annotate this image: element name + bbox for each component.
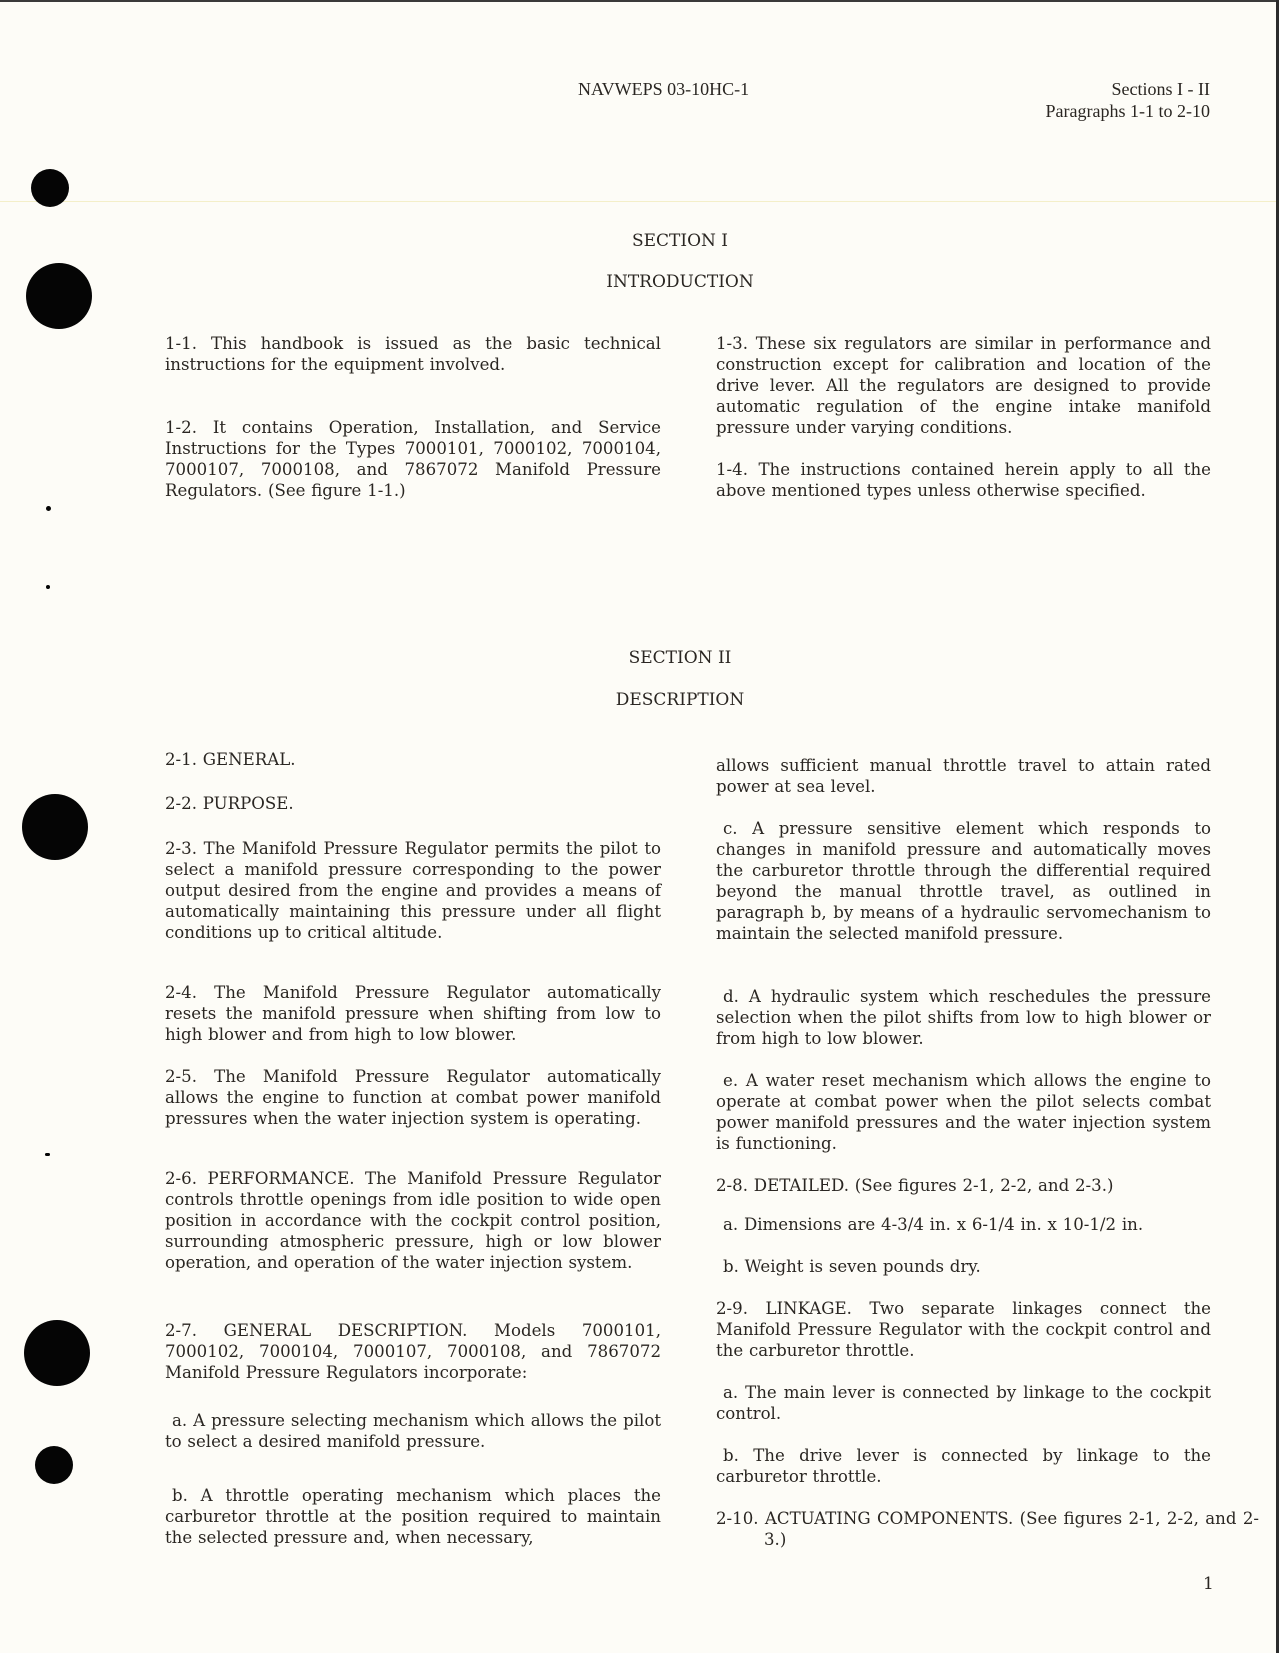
paragraph-2-7-c: c. A pressure sensitive element which re…: [716, 818, 1211, 944]
paragraph-2-2: 2-2. PURPOSE.: [165, 793, 661, 814]
paragraph-2-1: 2-1. GENERAL.: [165, 749, 661, 770]
paragraph-2-7-e: e. A water reset mechanism which allows …: [716, 1070, 1211, 1154]
fold-line: [0, 201, 1276, 202]
paragraph-2-4: 2-4. The Manifold Pressure Regulator aut…: [165, 982, 661, 1045]
punch-hole: [31, 169, 69, 207]
punch-mark: [45, 1153, 50, 1156]
punch-hole: [22, 794, 88, 860]
punch-hole: [26, 263, 92, 329]
paragraph-2-9-a: a. The main lever is connected by linkag…: [716, 1382, 1211, 1424]
punch-mark: [46, 506, 51, 511]
paragraph-2-8-b: b. Weight is seven pounds dry.: [716, 1256, 1211, 1277]
sections-range: Sections I - II: [1112, 79, 1210, 100]
section-title: SECTION II: [580, 648, 780, 669]
punch-hole: [35, 1446, 73, 1484]
paragraph-2-6: 2-6. PERFORMANCE. The Manifold Pressure …: [165, 1168, 661, 1273]
paragraph-2-8-a: a. Dimensions are 4-3/4 in. x 6-1/4 in. …: [716, 1214, 1211, 1235]
punch-mark: [46, 585, 50, 589]
paragraph-2-9-b: b. The drive lever is connected by linka…: [716, 1445, 1211, 1487]
section-subtitle: DESCRIPTION: [580, 690, 780, 711]
punch-hole: [24, 1320, 90, 1386]
scan-edge-top: [0, 0, 1279, 2]
section-subtitle: INTRODUCTION: [580, 272, 780, 293]
paragraph-2-7-b-continued: allows sufficient manual throttle travel…: [716, 755, 1211, 797]
page-number: 1: [1203, 1574, 1214, 1595]
paragraph-1-3: 1-3. These six regulators are similar in…: [716, 333, 1211, 438]
document-id: NAVWEPS 03-10HC-1: [578, 79, 749, 100]
paragraphs-range: Paragraphs 1-1 to 2-10: [1046, 101, 1210, 122]
paragraph-2-10: 2-10. ACTUATING COMPONENTS. (See figures…: [716, 1508, 1259, 1550]
section-title: SECTION I: [580, 231, 780, 252]
paragraph-1-1: 1-1. This handbook is issued as the basi…: [165, 333, 661, 375]
paragraph-2-8: 2-8. DETAILED. (See figures 2-1, 2-2, an…: [716, 1175, 1211, 1196]
paragraph-2-7-b: b. A throttle operating mechanism which …: [165, 1485, 661, 1548]
paragraph-2-7-d: d. A hydraulic system which reschedules …: [716, 986, 1211, 1049]
paragraph-2-9: 2-9. LINKAGE. Two separate linkages conn…: [716, 1298, 1211, 1361]
paragraph-1-4: 1-4. The instructions contained herein a…: [716, 459, 1211, 501]
paragraph-2-7-a: a. A pressure selecting mechanism which …: [165, 1410, 661, 1452]
paragraph-1-2: 1-2. It contains Operation, Installation…: [165, 417, 661, 501]
paragraph-2-7: 2-7. GENERAL DESCRIPTION. Models 7000101…: [165, 1320, 661, 1383]
paragraph-2-3: 2-3. The Manifold Pressure Regulator per…: [165, 838, 661, 943]
paragraph-2-5: 2-5. The Manifold Pressure Regulator aut…: [165, 1066, 661, 1129]
